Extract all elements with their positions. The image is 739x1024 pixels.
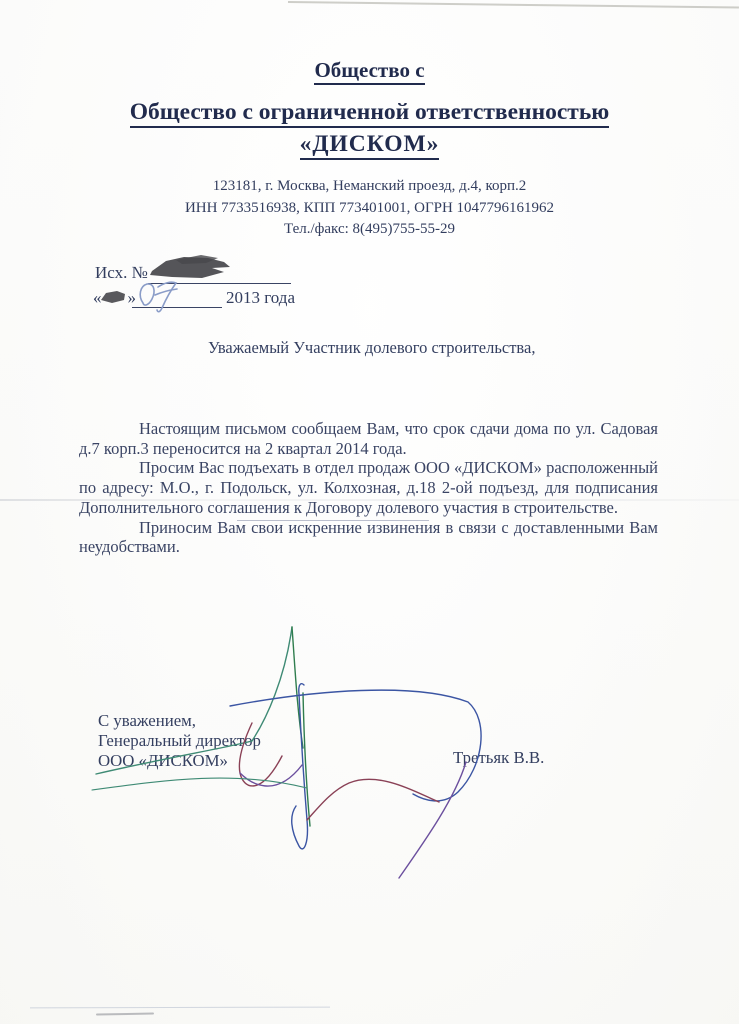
contacts-block: 123181, г. Москва, Неманский проезд, д.4… [0, 176, 739, 241]
signer-company: ООО «ДИСКОМ» [98, 751, 261, 771]
salutation: Уважаемый Участник долевого строительств… [208, 338, 535, 358]
signer-title: Генеральный директор [98, 731, 261, 751]
handwritten-month [133, 276, 185, 314]
signature-block: С уважением, Генеральный директор ООО «Д… [98, 711, 261, 771]
scan-edge-artifact [288, 1, 739, 8]
year-label: 2013 года [226, 288, 295, 308]
letterhead-line-1: Общество с [0, 58, 739, 83]
company-phone: Тел./факс: 8(495)755-55-29 [0, 219, 739, 241]
company-full-form: Общество с ограниченной ответственностью [130, 99, 610, 128]
bottom-smudge-mark [96, 1012, 154, 1015]
company-prefix: Общество с [314, 58, 424, 85]
body-paragraph-1: Настоящим письмом сообщаем Вам, что срок… [79, 419, 658, 458]
company-name: «ДИСКОМ» [300, 131, 440, 160]
signer-name: Третьяк В.В. [453, 748, 544, 768]
body-paragraph-3: Приносим Вам свои искренние извинения в … [79, 518, 658, 557]
bottom-scan-line [30, 1007, 330, 1009]
body-paragraph-2: Просим Вас подъехать в отдел продаж ООО … [79, 458, 658, 517]
company-address: 123181, г. Москва, Неманский проезд, д.4… [0, 176, 739, 198]
signature-closing: С уважением, [98, 711, 261, 731]
redaction-mark-day [99, 289, 129, 305]
scanned-letter-page: Общество с Общество с ограниченной ответ… [0, 0, 739, 1024]
letter-body: Настоящим письмом сообщаем Вам, что срок… [79, 419, 658, 557]
letterhead-line-2: Общество с ограниченной ответственностью [0, 99, 739, 126]
company-registration-ids: ИНН 7733516938, КПП 773401001, ОГРН 1047… [0, 198, 739, 220]
letterhead-line-3: «ДИСКОМ» [0, 131, 739, 158]
